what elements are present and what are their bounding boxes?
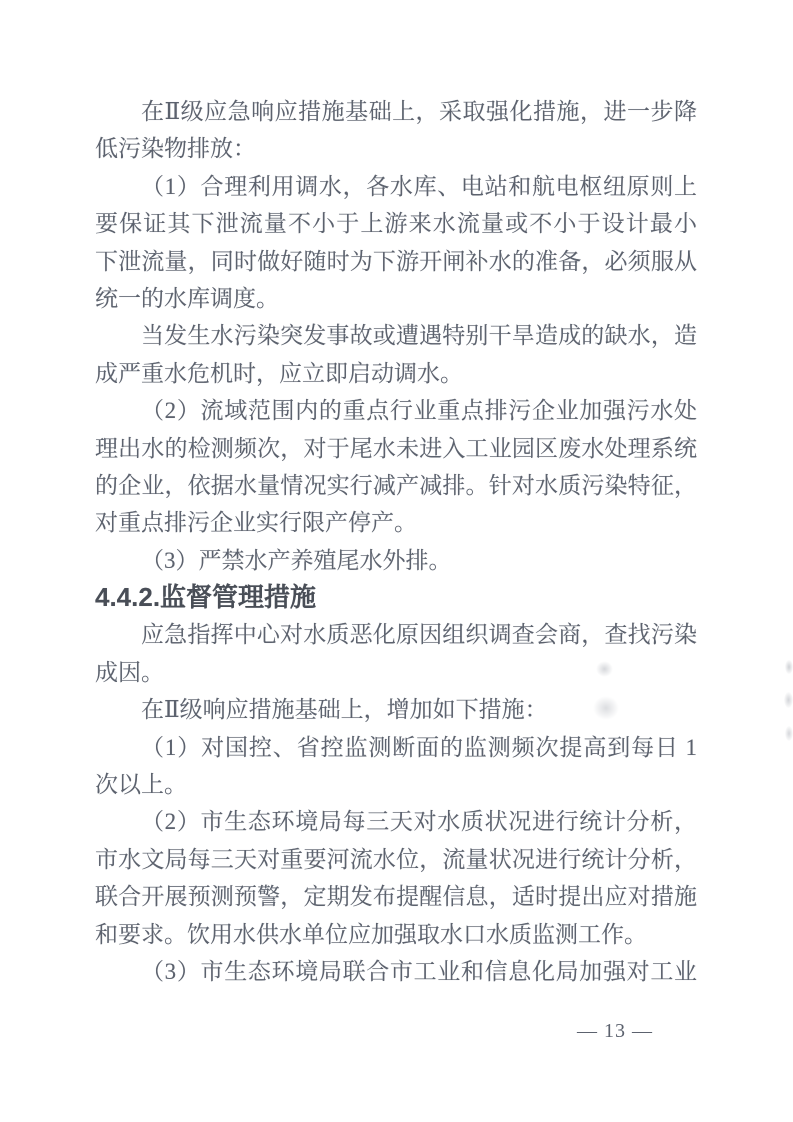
scan-smudge	[785, 726, 793, 741]
text-line: 要保证其下泄流量不小于上游来水流量或不小于设计最小	[95, 205, 697, 242]
text-column: 在Ⅱ级应急响应措施基础上，采取强化措施，进一步降低污染物排放：（1）合理利用调水…	[95, 93, 697, 990]
section-heading: 4.4.2.监督管理措施	[95, 579, 697, 616]
text-line: 和要求。饮用水供水单位应加强取水口水质监测工作。	[95, 916, 697, 953]
text-line: （3）市生态环境局联合市工业和信息化局加强对工业	[95, 953, 697, 990]
text-line: （2）市生态环境局每三天对水质状况进行统计分析，	[95, 803, 697, 840]
text-line: 成因。	[95, 654, 697, 691]
text-line: 下泄流量，同时做好随时为下游开闸补水的准备，必须服从	[95, 243, 697, 280]
page-number: — 13 —	[550, 1020, 680, 1043]
text-line: 次以上。	[95, 766, 697, 803]
scan-smudge	[785, 660, 793, 674]
text-line: 成严重水危机时，应立即启动调水。	[95, 355, 697, 392]
text-line: （1）对国控、省控监测断面的监测频次提高到每日 1	[95, 729, 697, 766]
text-line: 在Ⅱ级应急响应措施基础上，采取强化措施，进一步降	[95, 93, 697, 130]
text-line: 市水文局每三天对重要河流水位，流量状况进行统计分析，	[95, 841, 697, 878]
text-line: 联合开展预测预警，定期发布提醒信息，适时提出应对措施	[95, 878, 697, 915]
text-line: 低污染物排放：	[95, 130, 697, 167]
text-line: 理出水的检测频次，对于尾水未进入工业园区废水处理系统	[95, 430, 697, 467]
text-line: 当发生水污染突发事故或遭遇特别干旱造成的缺水，造	[95, 317, 697, 354]
text-line: 应急指挥中心对水质恶化原因组织调查会商，查找污染	[95, 616, 697, 653]
text-line: 对重点排污企业实行限产停产。	[95, 504, 697, 541]
text-line: （2）流域范围内的重点行业重点排污企业加强污水处	[95, 392, 697, 429]
document-page: 在Ⅱ级应急响应措施基础上，采取强化措施，进一步降低污染物排放：（1）合理利用调水…	[0, 0, 793, 1122]
scan-smudge	[784, 692, 793, 708]
text-line: （1）合理利用调水，各水库、电站和航电枢纽原则上	[95, 168, 697, 205]
text-line: 的企业，依据水量情况实行减产减排。针对水质污染特征，	[95, 467, 697, 504]
text-line: （3）严禁水产养殖尾水外排。	[95, 542, 697, 579]
text-line: 统一的水库调度。	[95, 280, 697, 317]
text-line: 在Ⅱ级响应措施基础上，增加如下措施：	[95, 691, 697, 728]
